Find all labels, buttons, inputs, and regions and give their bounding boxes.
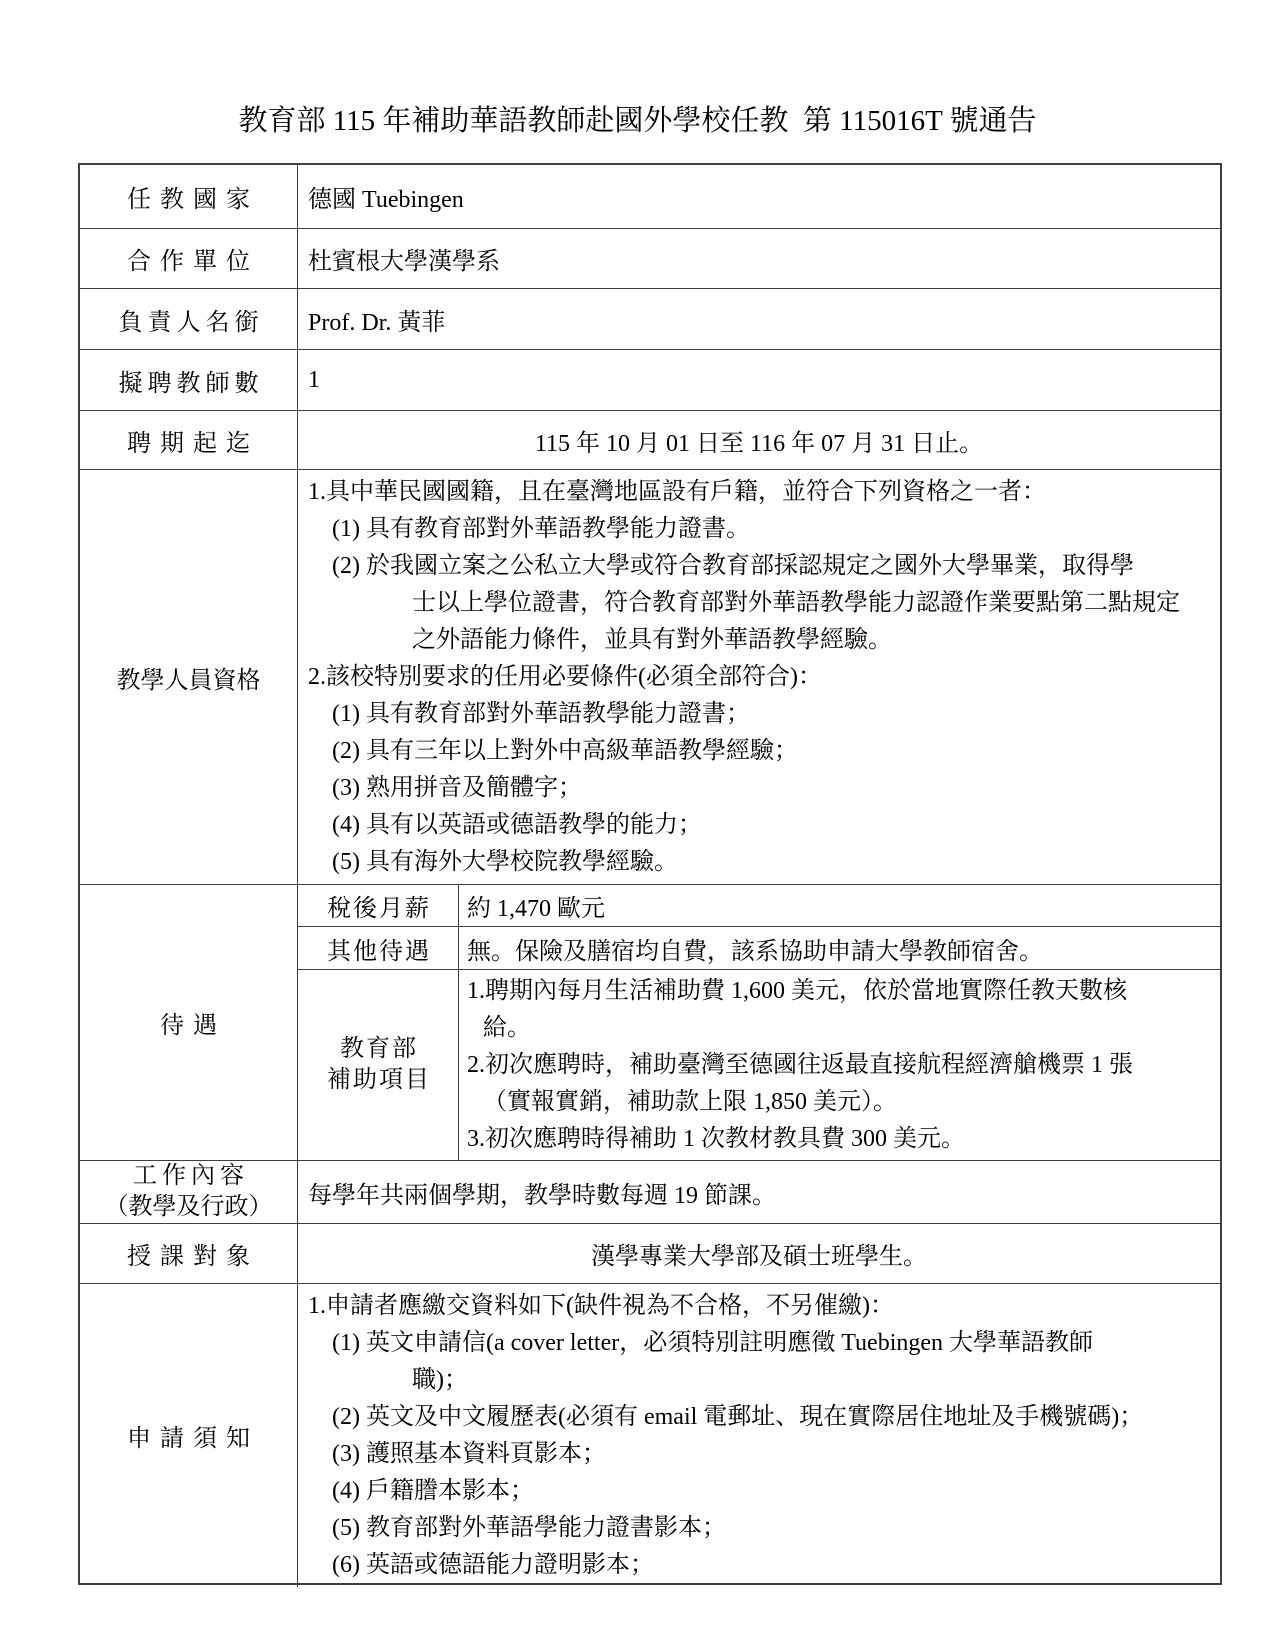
application-item: (3) 護照基本資料頁影本； <box>308 1436 1210 1473</box>
application-item: (1) 英文申請信(a cover letter，必須特別註明應徵 Tuebin… <box>308 1325 1210 1399</box>
moe-subsidy-item: 1.聘期內每月生活補助費 1,600 美元，依於當地實際任教天數核 給。 <box>467 973 1212 1047</box>
row-moe-subsidy: 教育部 補助項目 1.聘期內每月生活補助費 1,600 美元，依於當地實際任教天… <box>298 969 1220 1160</box>
moe-subsidy-item: 3.初次應聘時得補助 1 次教材教具費 300 美元。 <box>467 1121 1212 1158</box>
application-item: (6) 英語或德語能力證明影本； <box>308 1547 1210 1584</box>
qualification-item: (3) 熟用拼音及簡體字； <box>308 770 1210 807</box>
row-teaching-country: 任教國家 德國 Tuebingen <box>80 165 1220 228</box>
teacher-count-label: 擬聘教師數 <box>114 363 264 398</box>
row-application-notes: 申請須知 1.申請者應繳交資料如下(缺件視為不合格，不另催繳)： (1) 英文申… <box>80 1283 1220 1587</box>
row-contact-person: 負責人名銜 Prof. Dr. 黃菲 <box>80 288 1220 349</box>
work-content-label-line2: （教學及行政） <box>105 1192 273 1223</box>
application-item: (2) 英文及中文履歷表(必須有 email 電郵址、現在實際居住地址及手機號碼… <box>308 1399 1210 1436</box>
work-content-label-line1: 工作內容 <box>128 1161 249 1192</box>
application-item: 1.申請者應繳交資料如下(缺件視為不合格，不另催繳)： <box>308 1288 1210 1325</box>
qualification-item: (5) 具有海外大學校院教學經驗。 <box>308 844 1210 881</box>
row-qualifications: 教學人員資格 1.具中華民國國籍，且在臺灣地區設有戶籍，並符合下列資格之一者： … <box>80 469 1220 884</box>
qualification-item: (2) 於我國立案之公私立大學或符合教育部採認規定之國外大學畢業，取得學 士以上… <box>308 548 1210 659</box>
row-net-monthly-salary: 稅後月薪 約 1,470 歐元 <box>298 885 1220 926</box>
notice-table: 任教國家 德國 Tuebingen 合作單位 杜賓根大學漢學系 負責人名銜 Pr… <box>78 163 1222 1585</box>
page-title: 教育部 115 年補助華語教師赴國外學校任教 第 115016T 號通告 <box>0 98 1275 139</box>
row-partner-unit: 合作單位 杜賓根大學漢學系 <box>80 228 1220 288</box>
work-content-value: 每學年共兩個學期，教學時數每週 19 節課。 <box>308 1175 1210 1210</box>
row-work-content: 工作內容 （教學及行政） 每學年共兩個學期，教學時數每週 19 節課。 <box>80 1160 1220 1223</box>
qualification-item: (2) 具有三年以上對外中高級華語教學經驗； <box>308 733 1210 770</box>
employment-period-label: 聘期起迄 <box>118 423 259 458</box>
row-other-benefits: 其他待遇 無。保險及膳宿均自費，該系協助申請大學教師宿舍。 <box>298 926 1220 969</box>
application-notes-label: 申請須知 <box>118 1418 259 1453</box>
net-monthly-salary-value: 約 1,470 歐元 <box>467 888 1212 923</box>
student-audience-value: 漢學專業大學部及碩士班學生。 <box>591 1236 927 1271</box>
partner-unit-label: 合作單位 <box>118 241 259 276</box>
qualification-item: 2.該校特別要求的任用必要條件(必須全部符合)： <box>308 659 1210 696</box>
qualification-item: (4) 具有以英語或德語教學的能力； <box>308 807 1210 844</box>
application-item: (4) 戶籍謄本影本； <box>308 1473 1210 1510</box>
row-employment-period: 聘期起迄 115 年 10 月 01 日至 116 年 07 月 31 日止。 <box>80 410 1220 469</box>
moe-subsidy-label-line2: 補助項目 <box>325 1065 431 1096</box>
moe-subsidy-item: 2.初次應聘時，補助臺灣至德國往返最直接航程經濟艙機票 1 張 （實報實銷，補助… <box>467 1047 1212 1121</box>
qualification-item: 1.具中華民國國籍，且在臺灣地區設有戶籍，並符合下列資格之一者： <box>308 474 1210 511</box>
other-benefits-label: 其他待遇 <box>325 931 431 966</box>
qualification-item: (1) 具有教育部對外華語教學能力證書； <box>308 696 1210 733</box>
contact-person-value: Prof. Dr. 黃菲 <box>308 302 1210 337</box>
employment-period-value: 115 年 10 月 01 日至 116 年 07 月 31 日止。 <box>535 423 983 458</box>
row-compensation: 待遇 稅後月薪 約 1,470 歐元 其他待遇 無。保險及膳宿均自費，該系協助申… <box>80 884 1220 1160</box>
teacher-count-value: 1 <box>308 367 1210 394</box>
partner-unit-value: 杜賓根大學漢學系 <box>308 241 1210 276</box>
moe-subsidy-label-line1: 教育部 <box>338 1034 418 1065</box>
other-benefits-value: 無。保險及膳宿均自費，該系協助申請大學教師宿舍。 <box>467 931 1212 966</box>
contact-person-label: 負責人名銜 <box>114 302 264 337</box>
net-monthly-salary-label: 稅後月薪 <box>325 888 431 923</box>
student-audience-label: 授課對象 <box>118 1236 259 1271</box>
qualifications-label: 教學人員資格 <box>117 660 261 695</box>
row-teacher-count: 擬聘教師數 1 <box>80 349 1220 410</box>
application-item: (5) 教育部對外華語學能力證書影本； <box>308 1510 1210 1547</box>
qualification-item: (1) 具有教育部對外華語教學能力證書。 <box>308 511 1210 548</box>
teaching-country-label: 任教國家 <box>118 179 259 214</box>
compensation-label: 待遇 <box>151 1005 226 1040</box>
row-student-audience: 授課對象 漢學專業大學部及碩士班學生。 <box>80 1223 1220 1283</box>
teaching-country-value: 德國 Tuebingen <box>308 179 1210 214</box>
